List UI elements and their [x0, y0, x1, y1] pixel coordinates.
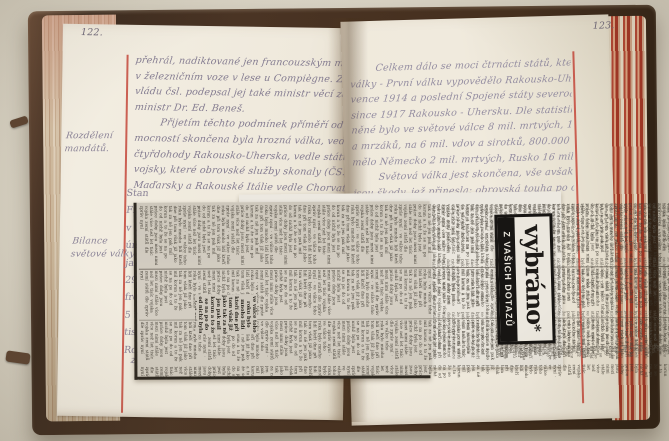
headline-text: vybráno [519, 225, 551, 325]
clipping-headline-word: vybráno* [514, 216, 552, 341]
right-page-number: 123. [592, 20, 614, 32]
left-page-number: 122. [81, 27, 103, 38]
photo-stage: 122. Rozdělení mandátů. Bilance světové … [0, 0, 669, 441]
newsprint-bold-block: ve válce toho roku bylo mnoho lidí kteří… [195, 294, 257, 334]
asterisk-icon: * [526, 324, 544, 332]
newsprint-column: ve válce toho roku bylo mnoho lidí kteří… [139, 361, 669, 379]
left-page-handwriting: přehrál, nadiktované jen francouzským ma… [133, 53, 346, 206]
right-page-handwriting: Celkem dálo se moci čtrnácti států, kter… [350, 55, 575, 211]
margin-note-mandates: Rozdělení mandátů. [64, 130, 114, 156]
clipping-below-headline-text: ve válce toho roku bylo mnoho lidí kteří… [497, 347, 552, 361]
leather-clasp-bottom [5, 350, 30, 364]
handwriting-fragment: Stan [125, 185, 193, 203]
leather-clasp-top [9, 115, 29, 128]
newspaper-clipping: ve válce toho roku bylo mnoho lidí kteří… [134, 201, 431, 380]
clipping-right-text: ve válce toho roku bylo mnoho lidí kteří… [430, 205, 495, 362]
clipping-headline-box: Z VAŠICH DOTAZŮ vybráno* [494, 213, 555, 344]
